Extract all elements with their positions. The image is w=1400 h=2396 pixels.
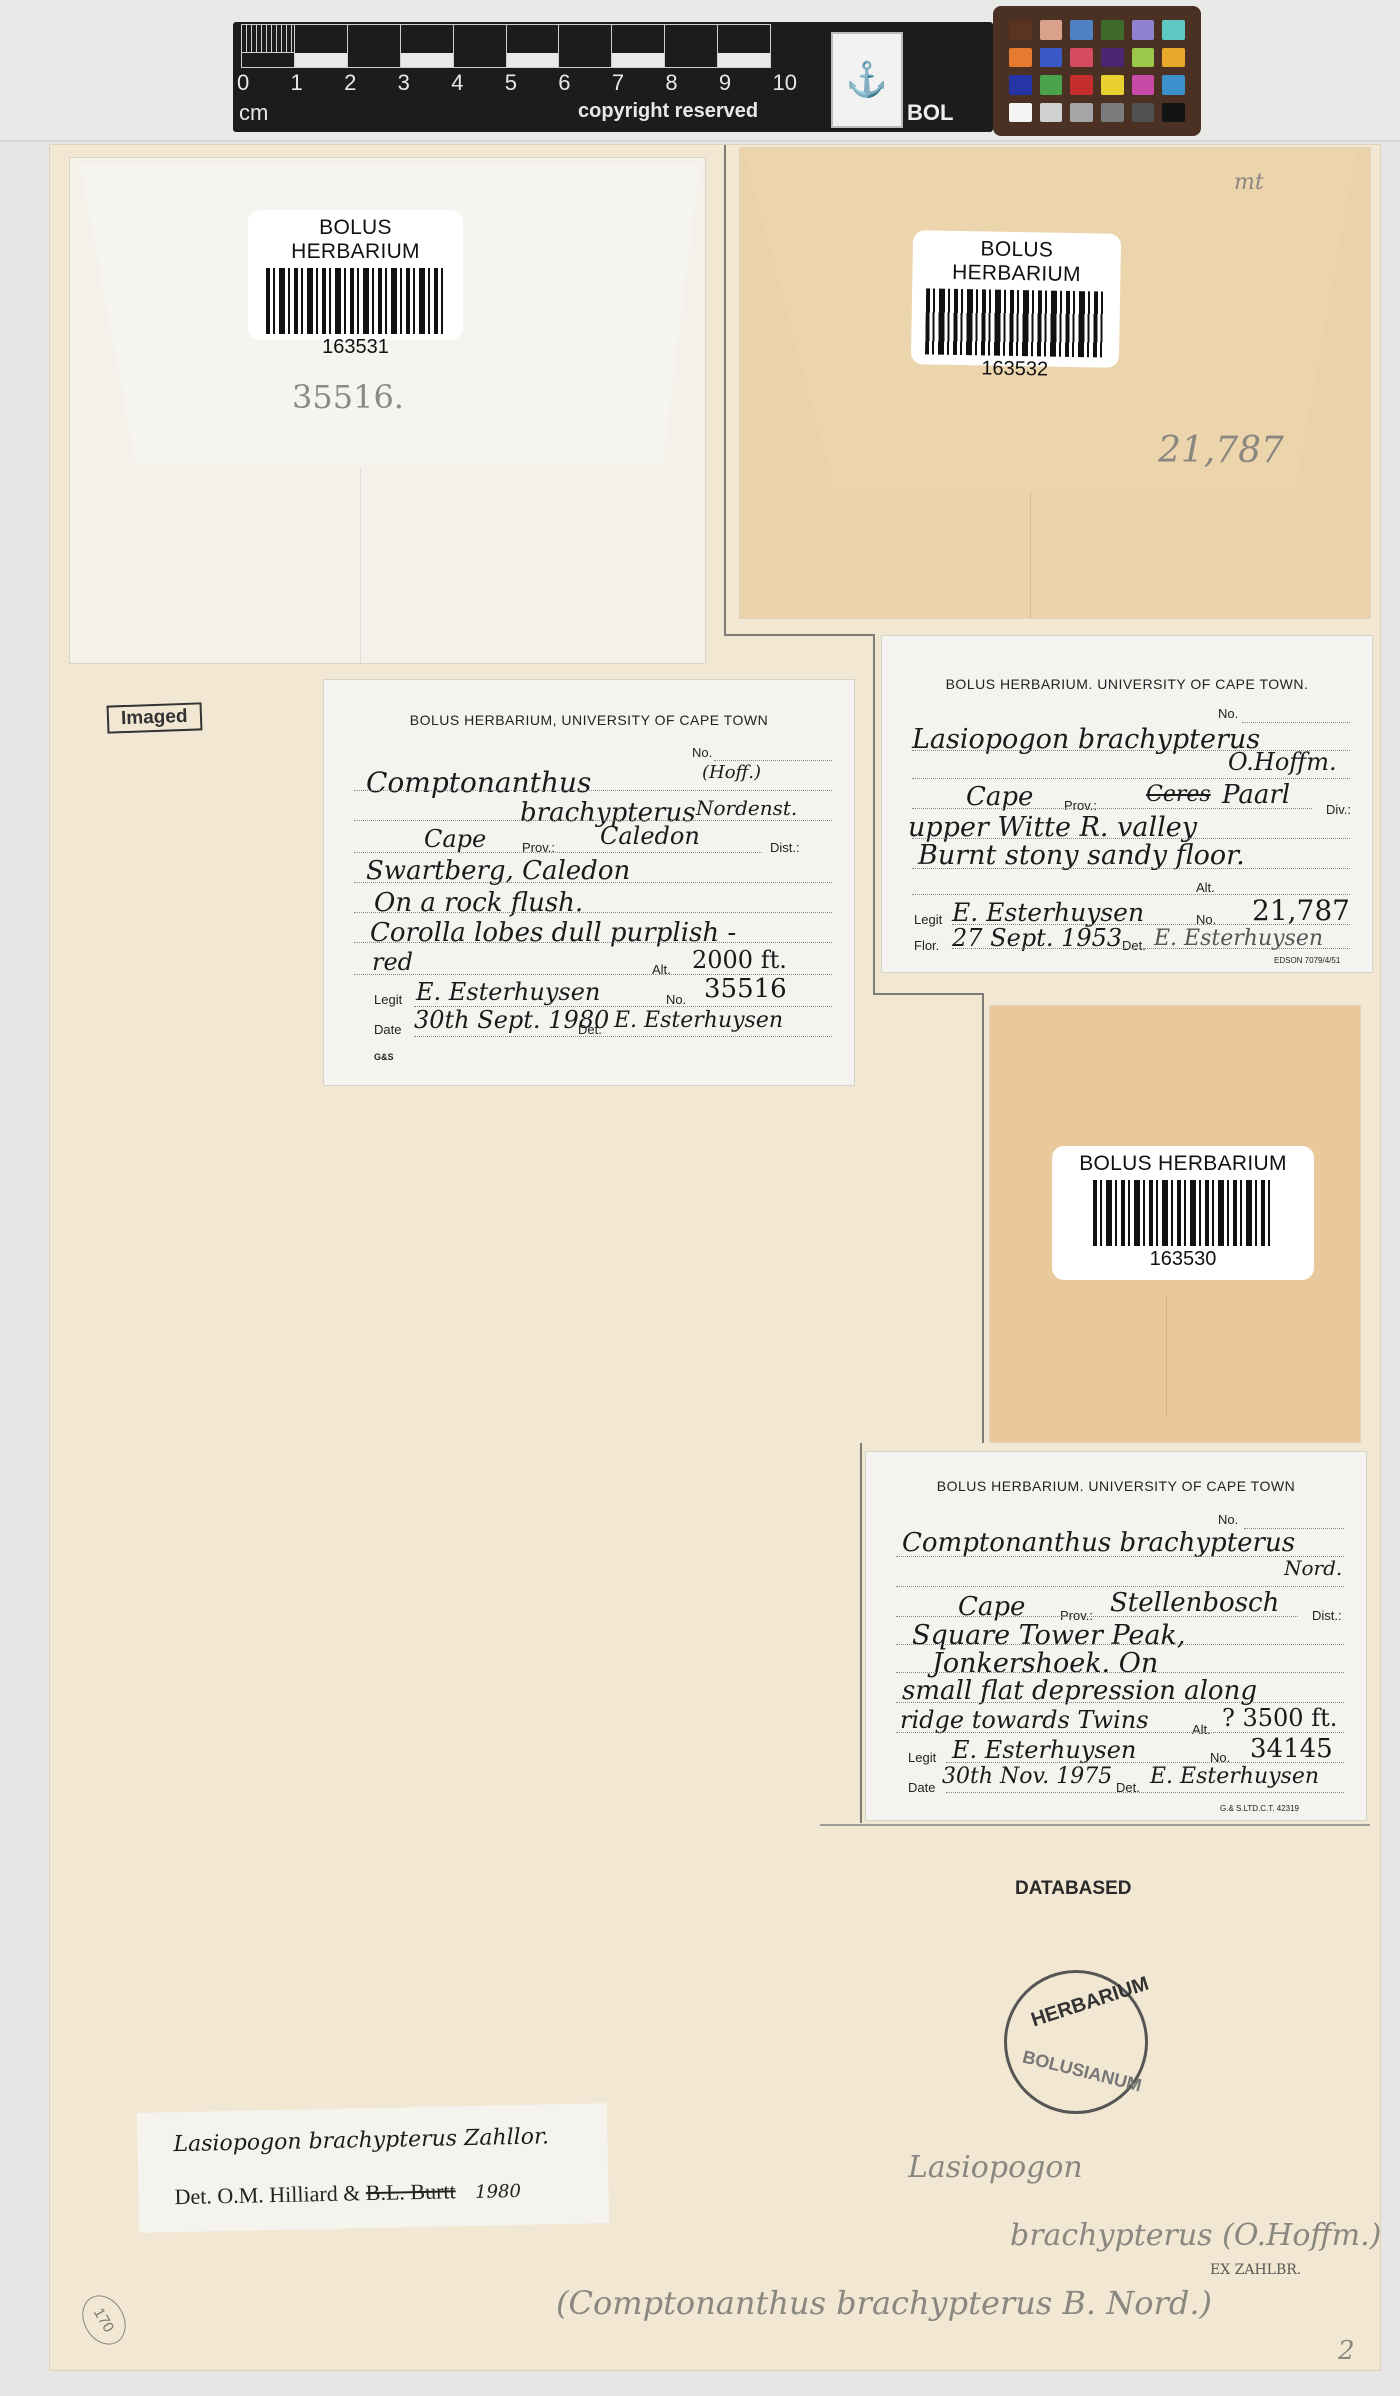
collection-label-1: BOLUS HERBARIUM, UNIVERSITY OF CAPE TOWN…	[324, 680, 854, 1085]
tick-2: 2	[344, 70, 356, 96]
color-swatch	[1101, 48, 1124, 68]
collection-label-3: BOLUS HERBARIUM. UNIVERSITY OF CAPE TOWN…	[866, 1452, 1366, 1820]
barcode-label: BOLUS HERBARIUM 163532	[911, 230, 1121, 368]
color-swatch	[1132, 103, 1155, 123]
color-swatch	[1009, 20, 1032, 40]
taxon-author-2: Nordenst.	[696, 796, 797, 820]
tick-7: 7	[612, 70, 624, 96]
barcode-number: 163530	[1062, 1248, 1304, 1271]
habitat-line-2: ridge towards Twins	[900, 1706, 1149, 1734]
determiner-value: E. Esterhuysen	[1150, 1764, 1319, 1789]
struck-determiner: B.L. Burtt	[366, 2178, 456, 2205]
district-label: Dist.:	[770, 840, 800, 855]
color-swatch	[1009, 48, 1032, 68]
province-value: Cape	[424, 825, 486, 853]
printer-mark: G&S	[374, 1052, 394, 1062]
divider-line	[860, 1443, 862, 1823]
altitude-value: ? 3500 ft.	[1222, 1704, 1337, 1732]
tick-8: 8	[665, 70, 677, 96]
envelope-corner-note: mt	[1234, 170, 1264, 195]
color-swatch	[1040, 103, 1063, 123]
barcode-icon	[266, 268, 446, 334]
determination-taxon: Lasiopogon brachypterus Zahllor.	[173, 2124, 549, 2157]
altitude-label: Alt.	[1192, 1722, 1211, 1737]
determination-slip: Lasiopogon brachypterus Zahllor. Det. O.…	[137, 2103, 609, 2233]
legit-label: Legit	[374, 992, 402, 1007]
collector-value: E. Esterhuysen	[952, 1736, 1136, 1764]
barcode-label: BOLUS HERBARIUM 163530	[1052, 1146, 1314, 1280]
division-value: Paarl	[1222, 780, 1290, 810]
altitude-value: 2000 ft.	[692, 946, 787, 974]
barcode-icon	[925, 288, 1106, 357]
tick-10: 10	[772, 70, 796, 96]
tick-4: 4	[451, 70, 463, 96]
no-label: No.	[1218, 706, 1238, 721]
divider-line	[820, 1824, 1370, 1826]
color-swatch	[1070, 103, 1093, 123]
taxon-author: O.Hoffm.	[1228, 748, 1337, 776]
color-swatch	[1132, 20, 1155, 40]
taxon-name: Comptonanthus	[366, 766, 591, 799]
tick-5: 5	[505, 70, 517, 96]
barcode-title: BOLUS HERBARIUM	[922, 236, 1111, 287]
date-value: 30th Nov. 1975	[942, 1764, 1112, 1789]
locality-line-2: Jonkershoek. On	[932, 1648, 1158, 1679]
imaged-stamp: Imaged	[107, 702, 202, 733]
label-header: BOLUS HERBARIUM, UNIVERSITY OF CAPE TOWN	[324, 712, 854, 728]
habitat-line: On a rock flush.	[374, 888, 583, 918]
no-label: No.	[1218, 1512, 1238, 1527]
color-swatch	[1132, 75, 1155, 95]
envelope-seam	[1030, 492, 1031, 618]
province-value: Cape	[958, 1592, 1025, 1622]
tick-6: 6	[558, 70, 570, 96]
envelope-seam	[360, 468, 361, 663]
color-swatch	[1162, 48, 1185, 68]
color-swatch	[1162, 20, 1185, 40]
color-swatch	[1040, 20, 1063, 40]
herbarium-bolusianum-stamp: HERBARIUM BOLUSIANUM	[1004, 1970, 1148, 2114]
legit-label: Legit	[914, 912, 942, 927]
stamp-text-bottom: BOLUSIANUM	[1020, 2047, 1143, 2097]
determination-line: Det. O.M. Hilliard & B.L. Burtt 1980	[174, 2177, 521, 2210]
color-swatch	[1009, 103, 1032, 123]
locality-line: Square Tower Peak,	[912, 1620, 1185, 1651]
flowering-label: Flor.	[914, 938, 939, 953]
color-calibration-chart	[993, 6, 1201, 136]
ruler-numbers: 0 1 2 3 4 5 6 7 8 9 10	[237, 70, 797, 96]
color-swatch	[1162, 75, 1185, 95]
scale-bar: 0 1 2 3 4 5 6 7 8 9 10 cm copyright rese…	[233, 22, 993, 132]
specimen-envelope-3[interactable]: BOLUS HERBARIUM 163530	[990, 1006, 1360, 1442]
divider-line	[873, 993, 983, 995]
color-swatch	[1070, 48, 1093, 68]
pencil-ex-note: EX ZAHLBR.	[1210, 2262, 1301, 2278]
divider-line	[873, 634, 875, 994]
pencil-species: brachypterus (O.Hoffm.)	[1010, 2218, 1381, 2253]
tick-3: 3	[398, 70, 410, 96]
printer-mark: G.& S.LTD.C.T. 42319	[1220, 1804, 1299, 1813]
color-swatch	[1101, 75, 1124, 95]
color-swatch	[1070, 75, 1093, 95]
det-label: Det.	[1122, 938, 1146, 953]
date-label: Date	[908, 1780, 935, 1795]
tick-0: 0	[237, 70, 249, 96]
description-line-2: red	[372, 948, 413, 976]
taxon-name: Comptonanthus brachypterus	[902, 1528, 1295, 1558]
barcode-label: BOLUS HERBARIUM 163531	[248, 210, 463, 340]
province-label: Prov.:	[1064, 798, 1097, 813]
date-label: Date	[374, 1022, 401, 1037]
description-line: Corolla lobes dull purplish -	[370, 918, 736, 948]
color-swatch	[1009, 75, 1032, 95]
barcode-title: BOLUS HERBARIUM	[1062, 1152, 1304, 1176]
specimen-envelope-2[interactable]: BOLUS HERBARIUM 163532 21,787 mt	[740, 148, 1370, 618]
university-crest-icon: ⚓	[831, 32, 903, 128]
ruler-scale	[241, 24, 771, 68]
color-swatch	[1162, 103, 1185, 123]
color-swatch	[1070, 20, 1093, 40]
pencil-genus: Lasiopogon	[908, 2150, 1083, 2185]
label-header: BOLUS HERBARIUM. UNIVERSITY OF CAPE TOWN	[866, 1478, 1366, 1494]
altitude-label: Alt.	[1196, 880, 1215, 895]
color-swatch	[1040, 75, 1063, 95]
tick-9: 9	[719, 70, 731, 96]
barcode-number: 163531	[258, 336, 453, 359]
collector-number-value: 34145	[1250, 1734, 1333, 1764]
district-value: Stellenbosch	[1110, 1588, 1279, 1618]
color-swatch	[1132, 48, 1155, 68]
copyright-text: copyright reserved	[578, 100, 758, 123]
institution-code: BOL	[907, 100, 953, 126]
district-value: Caledon	[600, 822, 700, 850]
divider-line	[724, 145, 726, 635]
det-label: Det.	[578, 1022, 602, 1037]
barcode-title: BOLUS HERBARIUM	[258, 216, 453, 264]
determiner-name: Det. O.M. Hilliard &	[174, 2180, 360, 2209]
label-header: BOLUS HERBARIUM. UNIVERSITY OF CAPE TOWN…	[882, 676, 1372, 692]
taxon-author: Nord.	[1284, 1556, 1342, 1580]
determiner-value: E. Esterhuysen	[614, 1008, 783, 1033]
taxon-author: (Hoff.)	[702, 762, 761, 783]
stamp-text-top: HERBARIUM	[1028, 1973, 1151, 2033]
databased-stamp: DATABASED	[1015, 1878, 1131, 1900]
collector-number-value: 21,787	[1252, 894, 1350, 927]
collector-number-label: No.	[666, 992, 686, 1007]
tick-1: 1	[291, 70, 303, 96]
color-swatch	[1040, 48, 1063, 68]
divider-line	[724, 634, 874, 636]
color-swatch	[1101, 20, 1124, 40]
district-label: Dist.:	[1312, 1608, 1342, 1623]
specimen-envelope-1[interactable]: BOLUS HERBARIUM 163531 35516.	[70, 158, 705, 663]
pencil-sheet-number: 2	[1338, 2336, 1355, 2366]
habitat-line: Burnt stony sandy floor.	[918, 840, 1245, 871]
division-struck-value: Ceres	[1146, 782, 1211, 807]
printer-mark: EDSON 7079/4/51	[1274, 956, 1340, 965]
no-label: No.	[692, 745, 712, 760]
determination-year: 1980	[475, 2181, 521, 2203]
collector-value: E. Esterhuysen	[416, 978, 600, 1006]
envelope-pencil-note: 35516.	[292, 378, 404, 416]
barcode-number: 163532	[921, 356, 1109, 382]
unit-label: cm	[239, 100, 268, 126]
divider-line	[982, 993, 984, 1443]
legit-label: Legit	[908, 1750, 936, 1765]
pencil-synonym: (Comptonanthus brachypterus B. Nord.)	[556, 2284, 1212, 2322]
barcode-icon	[1093, 1180, 1273, 1246]
collection-label-2: BOLUS HERBARIUM. UNIVERSITY OF CAPE TOWN…	[882, 636, 1372, 972]
division-label: Div.:	[1326, 802, 1351, 817]
collector-number-value: 35516	[704, 974, 787, 1004]
envelope-seam	[1166, 1296, 1167, 1416]
color-swatch	[1101, 103, 1124, 123]
collector-value: E. Esterhuysen	[952, 898, 1144, 927]
envelope-pencil-note: 21,787	[1158, 430, 1284, 471]
